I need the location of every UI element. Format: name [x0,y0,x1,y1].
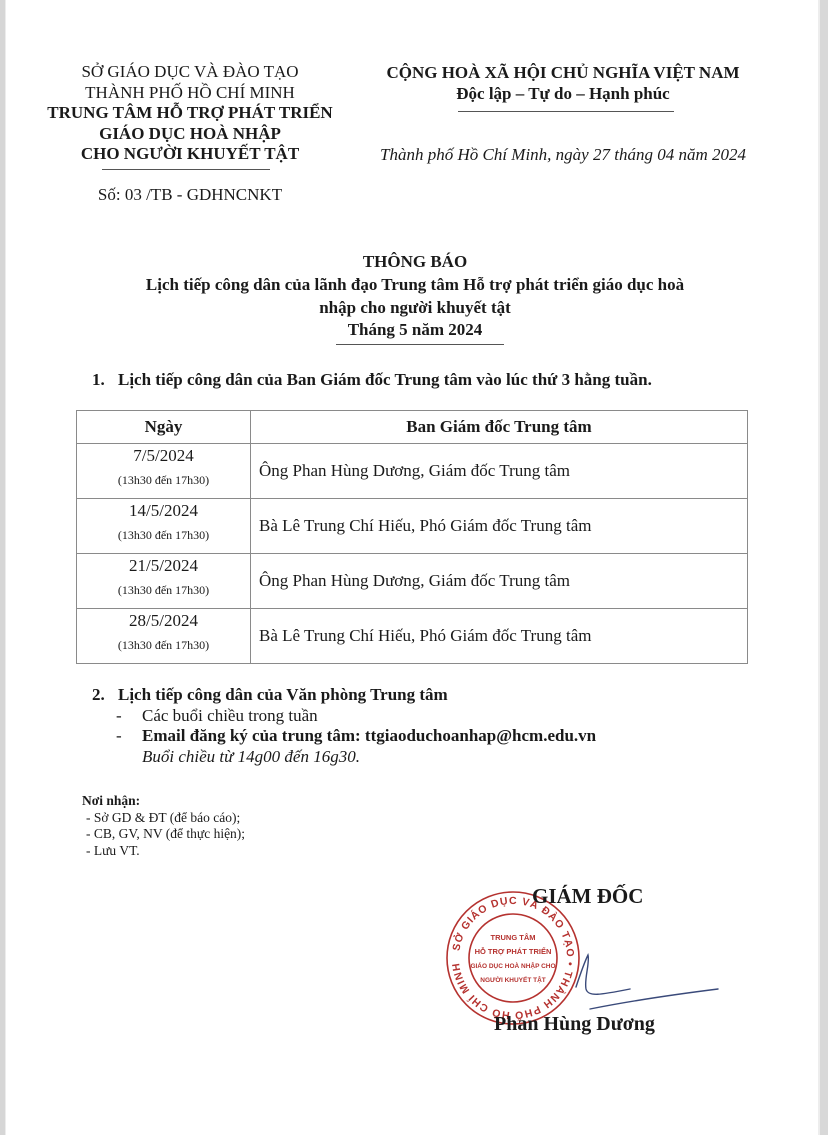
time-range: (13h30 đến 17h30) [77,638,250,652]
motto-underline [458,111,674,112]
bullet-dash: - [92,726,142,747]
table-row: 7/5/2024 (13h30 đến 17h30) Ông Phan Hùng… [77,444,748,499]
person-cell: Bà Lê Trung Chí Hiếu, Phó Giám đốc Trung… [251,499,748,554]
date: 28/5/2024 [77,611,250,631]
table-row: 21/5/2024 (13h30 đến 17h30) Ông Phan Hùn… [77,554,748,609]
date: 21/5/2024 [77,556,250,576]
agency-line: THÀNH PHỐ HỒ CHÍ MINH [20,83,360,104]
date-cell: 21/5/2024 (13h30 đến 17h30) [77,554,251,609]
national-motto: Độc lập – Tự do – Hạnh phúc [360,83,766,104]
recipients: Nơi nhận: - Sở GD & ĐT (để báo cáo); - C… [82,793,245,859]
title-subtitle: Lịch tiếp công dân của lãnh đạo Trung tâ… [60,273,770,296]
person-cell: Ông Phan Hùng Dương, Giám đốc Trung tâm [251,444,748,499]
agency-underline [102,169,270,170]
office-hours-note: Buổi chiều từ 14g00 đến 16g30. [92,747,596,768]
column-header-board: Ban Giám đốc Trung tâm [251,411,748,444]
date-cell: 28/5/2024 (13h30 đến 17h30) [77,609,251,664]
schedule-table: Ngày Ban Giám đốc Trung tâm 7/5/2024 (13… [76,410,748,664]
recipient-item: - Lưu VT. [82,843,245,860]
agency-line: SỞ GIÁO DỤC VÀ ĐÀO TẠO [20,62,360,83]
agency-line: TRUNG TÂM HỖ TRỢ PHÁT TRIỂN [20,103,360,124]
section-title: Lịch tiếp công dân của Văn phòng Trung t… [118,685,448,704]
agency-line: GIÁO DỤC HOÀ NHẬP [20,124,360,145]
signatory-title: GIÁM ĐỐC [532,884,643,909]
bullet-text: Các buổi chiều trong tuần [142,706,318,725]
bullet-dash: - [92,706,142,727]
time-range: (13h30 đến 17h30) [77,473,250,487]
page-edge-left [0,0,6,1135]
time-range: (13h30 đến 17h30) [77,583,250,597]
stamp-inner-line: GIÁO DỤC HOÀ NHẬP CHO [470,961,555,970]
handwritten-signature-icon [560,945,720,1015]
section-2: 2.Lịch tiếp công dân của Văn phòng Trung… [92,685,596,767]
title-heading: THÔNG BÁO [60,250,770,273]
signatory-name: Phan Hùng Dương [494,1013,655,1036]
national-header: CỘNG HOÀ XÃ HỘI CHỦ NGHĨA VIỆT NAM Độc l… [360,62,766,104]
section-number: 2. [92,685,118,706]
bullet-item: -Các buổi chiều trong tuần [92,706,596,727]
date-cell: 14/5/2024 (13h30 đến 17h30) [77,499,251,554]
recipients-heading: Nơi nhận: [82,793,245,810]
document-title: THÔNG BÁO Lịch tiếp công dân của lãnh đạ… [60,250,770,319]
month-underline [336,344,504,345]
date-cell: 7/5/2024 (13h30 đến 17h30) [77,444,251,499]
table-header-row: Ngày Ban Giám đốc Trung tâm [77,411,748,444]
stamp-inner-line: NGƯỜI KHUYẾT TẬT [480,974,545,984]
recipient-item: - Sở GD & ĐT (để báo cáo); [82,810,245,827]
title-subtitle: nhập cho người khuyết tật [60,296,770,319]
stamp-inner-line: HỖ TRỢ PHÁT TRIỂN [475,947,552,956]
table-row: 14/5/2024 (13h30 đến 17h30) Bà Lê Trung … [77,499,748,554]
section-2-heading: 2.Lịch tiếp công dân của Văn phòng Trung… [92,685,596,706]
stamp-inner-line: TRUNG TÂM [491,933,536,942]
agency-line: CHO NGƯỜI KHUYẾT TẬT [20,144,360,165]
nation-name: CỘNG HOÀ XÃ HỘI CHỦ NGHĨA VIỆT NAM [360,62,766,83]
page-edge-right [818,0,828,1135]
registration-email: Email đăng ký của trung tâm: ttgiaoducho… [142,726,596,745]
bullet-item: -Email đăng ký của trung tâm: ttgiaoduch… [92,726,596,747]
issuing-agency: SỞ GIÁO DỤC VÀ ĐÀO TẠO THÀNH PHỐ HỒ CHÍ … [20,62,360,165]
time-range: (13h30 đến 17h30) [77,528,250,542]
section-number: 1. [92,370,118,390]
section-title: Lịch tiếp công dân của Ban Giám đốc Trun… [118,370,652,389]
column-header-date: Ngày [77,411,251,444]
title-month: Tháng 5 năm 2024 [60,320,770,340]
document-number: Số: 03 /TB - GDHNCNKT [20,185,360,205]
person-cell: Ông Phan Hùng Dương, Giám đốc Trung tâm [251,554,748,609]
date: 7/5/2024 [77,446,250,466]
place-date: Thành phố Hồ Chí Minh, ngày 27 tháng 04 … [360,145,766,165]
table-row: 28/5/2024 (13h30 đến 17h30) Bà Lê Trung … [77,609,748,664]
person-cell: Bà Lê Trung Chí Hiếu, Phó Giám đốc Trung… [251,609,748,664]
section-1-heading: 1.Lịch tiếp công dân của Ban Giám đốc Tr… [92,370,652,390]
date: 14/5/2024 [77,501,250,521]
recipient-item: - CB, GV, NV (để thực hiện); [82,826,245,843]
